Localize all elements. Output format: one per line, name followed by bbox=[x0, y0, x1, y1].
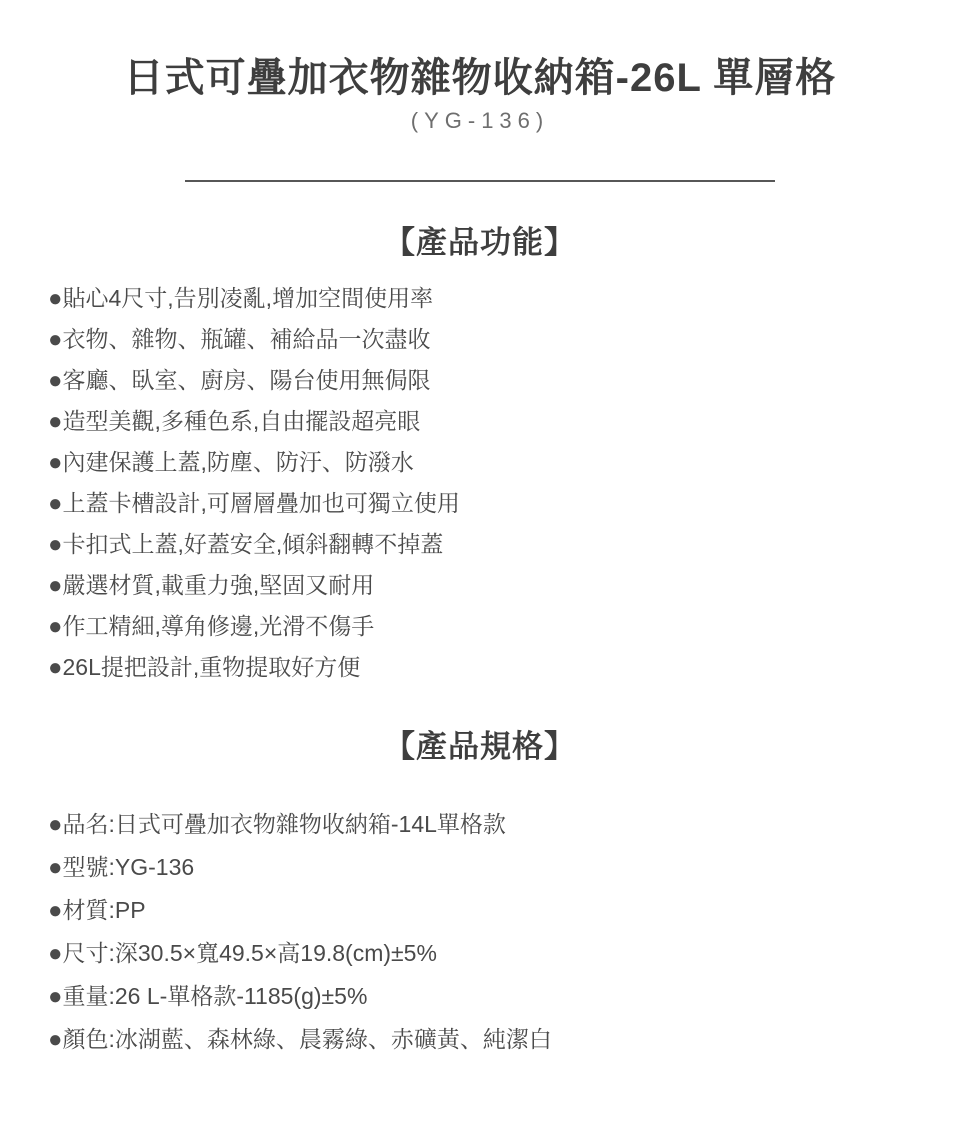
feature-item: ●造型美觀,多種色系,自由擺設超亮眼 bbox=[48, 401, 960, 442]
bullet-icon: ● bbox=[48, 490, 63, 517]
features-section-heading: 【產品功能】 bbox=[0, 224, 960, 262]
spec-label: 尺寸 bbox=[63, 940, 109, 966]
features-list: ●貼心4尺寸,告別凌亂,增加空間使用率 ●衣物、雜物、瓶罐、補給品一次盡收 ●客… bbox=[0, 278, 960, 688]
feature-text: 嚴選材質,載重力強,堅固又耐用 bbox=[63, 572, 375, 598]
feature-item: ●作工精細,導角修邊,光滑不傷手 bbox=[48, 606, 960, 647]
spec-value: YG-136 bbox=[115, 854, 194, 880]
feature-item: ●貼心4尺寸,告別凌亂,增加空間使用率 bbox=[48, 278, 960, 319]
bullet-icon: ● bbox=[48, 367, 63, 394]
model-number-subtitle: (YG-136) bbox=[0, 108, 960, 134]
spec-value: 26 L-單格款-1185(g)±5% bbox=[115, 983, 368, 1009]
feature-item: ●上蓋卡槽設計,可層層疊加也可獨立使用 bbox=[48, 483, 960, 524]
bullet-icon: ● bbox=[48, 326, 63, 353]
spec-label: 品名 bbox=[63, 811, 109, 837]
feature-item: ●26L提把設計,重物提取好方便 bbox=[48, 647, 960, 688]
bullet-icon: ● bbox=[48, 408, 63, 435]
bullet-icon: ● bbox=[48, 1026, 63, 1053]
feature-text: 內建保護上蓋,防塵、防汙、防潑水 bbox=[63, 449, 414, 475]
spec-label: 顏色 bbox=[63, 1026, 109, 1052]
feature-text: 貼心4尺寸,告別凌亂,增加空間使用率 bbox=[63, 285, 434, 311]
bullet-icon: ● bbox=[48, 983, 63, 1010]
page-title: 日式可疊加衣物雜物收納箱-26L 單層格 bbox=[0, 0, 960, 102]
feature-item: ●卡扣式上蓋,好蓋安全,傾斜翻轉不掉蓋 bbox=[48, 524, 960, 565]
spec-label: 重量 bbox=[63, 983, 109, 1009]
feature-text: 上蓋卡槽設計,可層層疊加也可獨立使用 bbox=[63, 490, 460, 516]
feature-text: 造型美觀,多種色系,自由擺設超亮眼 bbox=[63, 408, 421, 434]
feature-item: ●客廳、臥室、廚房、陽台使用無侷限 bbox=[48, 360, 960, 401]
bullet-icon: ● bbox=[48, 449, 63, 476]
bullet-icon: ● bbox=[48, 854, 63, 881]
divider bbox=[185, 180, 775, 182]
bullet-icon: ● bbox=[48, 654, 63, 681]
spec-value: PP bbox=[115, 897, 146, 923]
spec-value: 日式可疊加衣物雜物收納箱-14L單格款 bbox=[115, 811, 506, 837]
specs-list: ●品名:日式可疊加衣物雜物收納箱-14L單格款 ●型號:YG-136 ●材質:P… bbox=[0, 803, 960, 1061]
bullet-icon: ● bbox=[48, 940, 63, 967]
feature-text: 作工精細,導角修邊,光滑不傷手 bbox=[63, 613, 375, 639]
spec-value: 冰湖藍、森林綠、晨霧綠、赤礦黃、純潔白 bbox=[115, 1026, 552, 1052]
spec-item: ●顏色:冰湖藍、森林綠、晨霧綠、赤礦黃、純潔白 bbox=[48, 1018, 960, 1061]
bullet-icon: ● bbox=[48, 285, 63, 312]
spec-label: 型號 bbox=[63, 854, 109, 880]
feature-text: 衣物、雜物、瓶罐、補給品一次盡收 bbox=[63, 326, 431, 352]
bullet-icon: ● bbox=[48, 613, 63, 640]
feature-item: ●衣物、雜物、瓶罐、補給品一次盡收 bbox=[48, 319, 960, 360]
spec-item: ●品名:日式可疊加衣物雜物收納箱-14L單格款 bbox=[48, 803, 960, 846]
spec-item: ●型號:YG-136 bbox=[48, 846, 960, 889]
spec-value: 深30.5×寬49.5×高19.8(cm)±5% bbox=[115, 940, 437, 966]
product-description-page: 日式可疊加衣物雜物收納箱-26L 單層格 (YG-136) 【產品功能】 ●貼心… bbox=[0, 0, 960, 1145]
bullet-icon: ● bbox=[48, 897, 63, 924]
spec-item: ●重量:26 L-單格款-1185(g)±5% bbox=[48, 975, 960, 1018]
spec-label: 材質 bbox=[63, 897, 109, 923]
feature-item: ●嚴選材質,載重力強,堅固又耐用 bbox=[48, 565, 960, 606]
bullet-icon: ● bbox=[48, 572, 63, 599]
bullet-icon: ● bbox=[48, 531, 63, 558]
feature-text: 卡扣式上蓋,好蓋安全,傾斜翻轉不掉蓋 bbox=[63, 531, 444, 557]
spec-item: ●尺寸:深30.5×寬49.5×高19.8(cm)±5% bbox=[48, 932, 960, 975]
bullet-icon: ● bbox=[48, 811, 63, 838]
feature-text: 客廳、臥室、廚房、陽台使用無侷限 bbox=[63, 367, 431, 393]
feature-item: ●內建保護上蓋,防塵、防汙、防潑水 bbox=[48, 442, 960, 483]
spec-item: ●材質:PP bbox=[48, 889, 960, 932]
specs-section-heading: 【產品規格】 bbox=[0, 728, 960, 766]
feature-text: 26L提把設計,重物提取好方便 bbox=[63, 654, 361, 680]
